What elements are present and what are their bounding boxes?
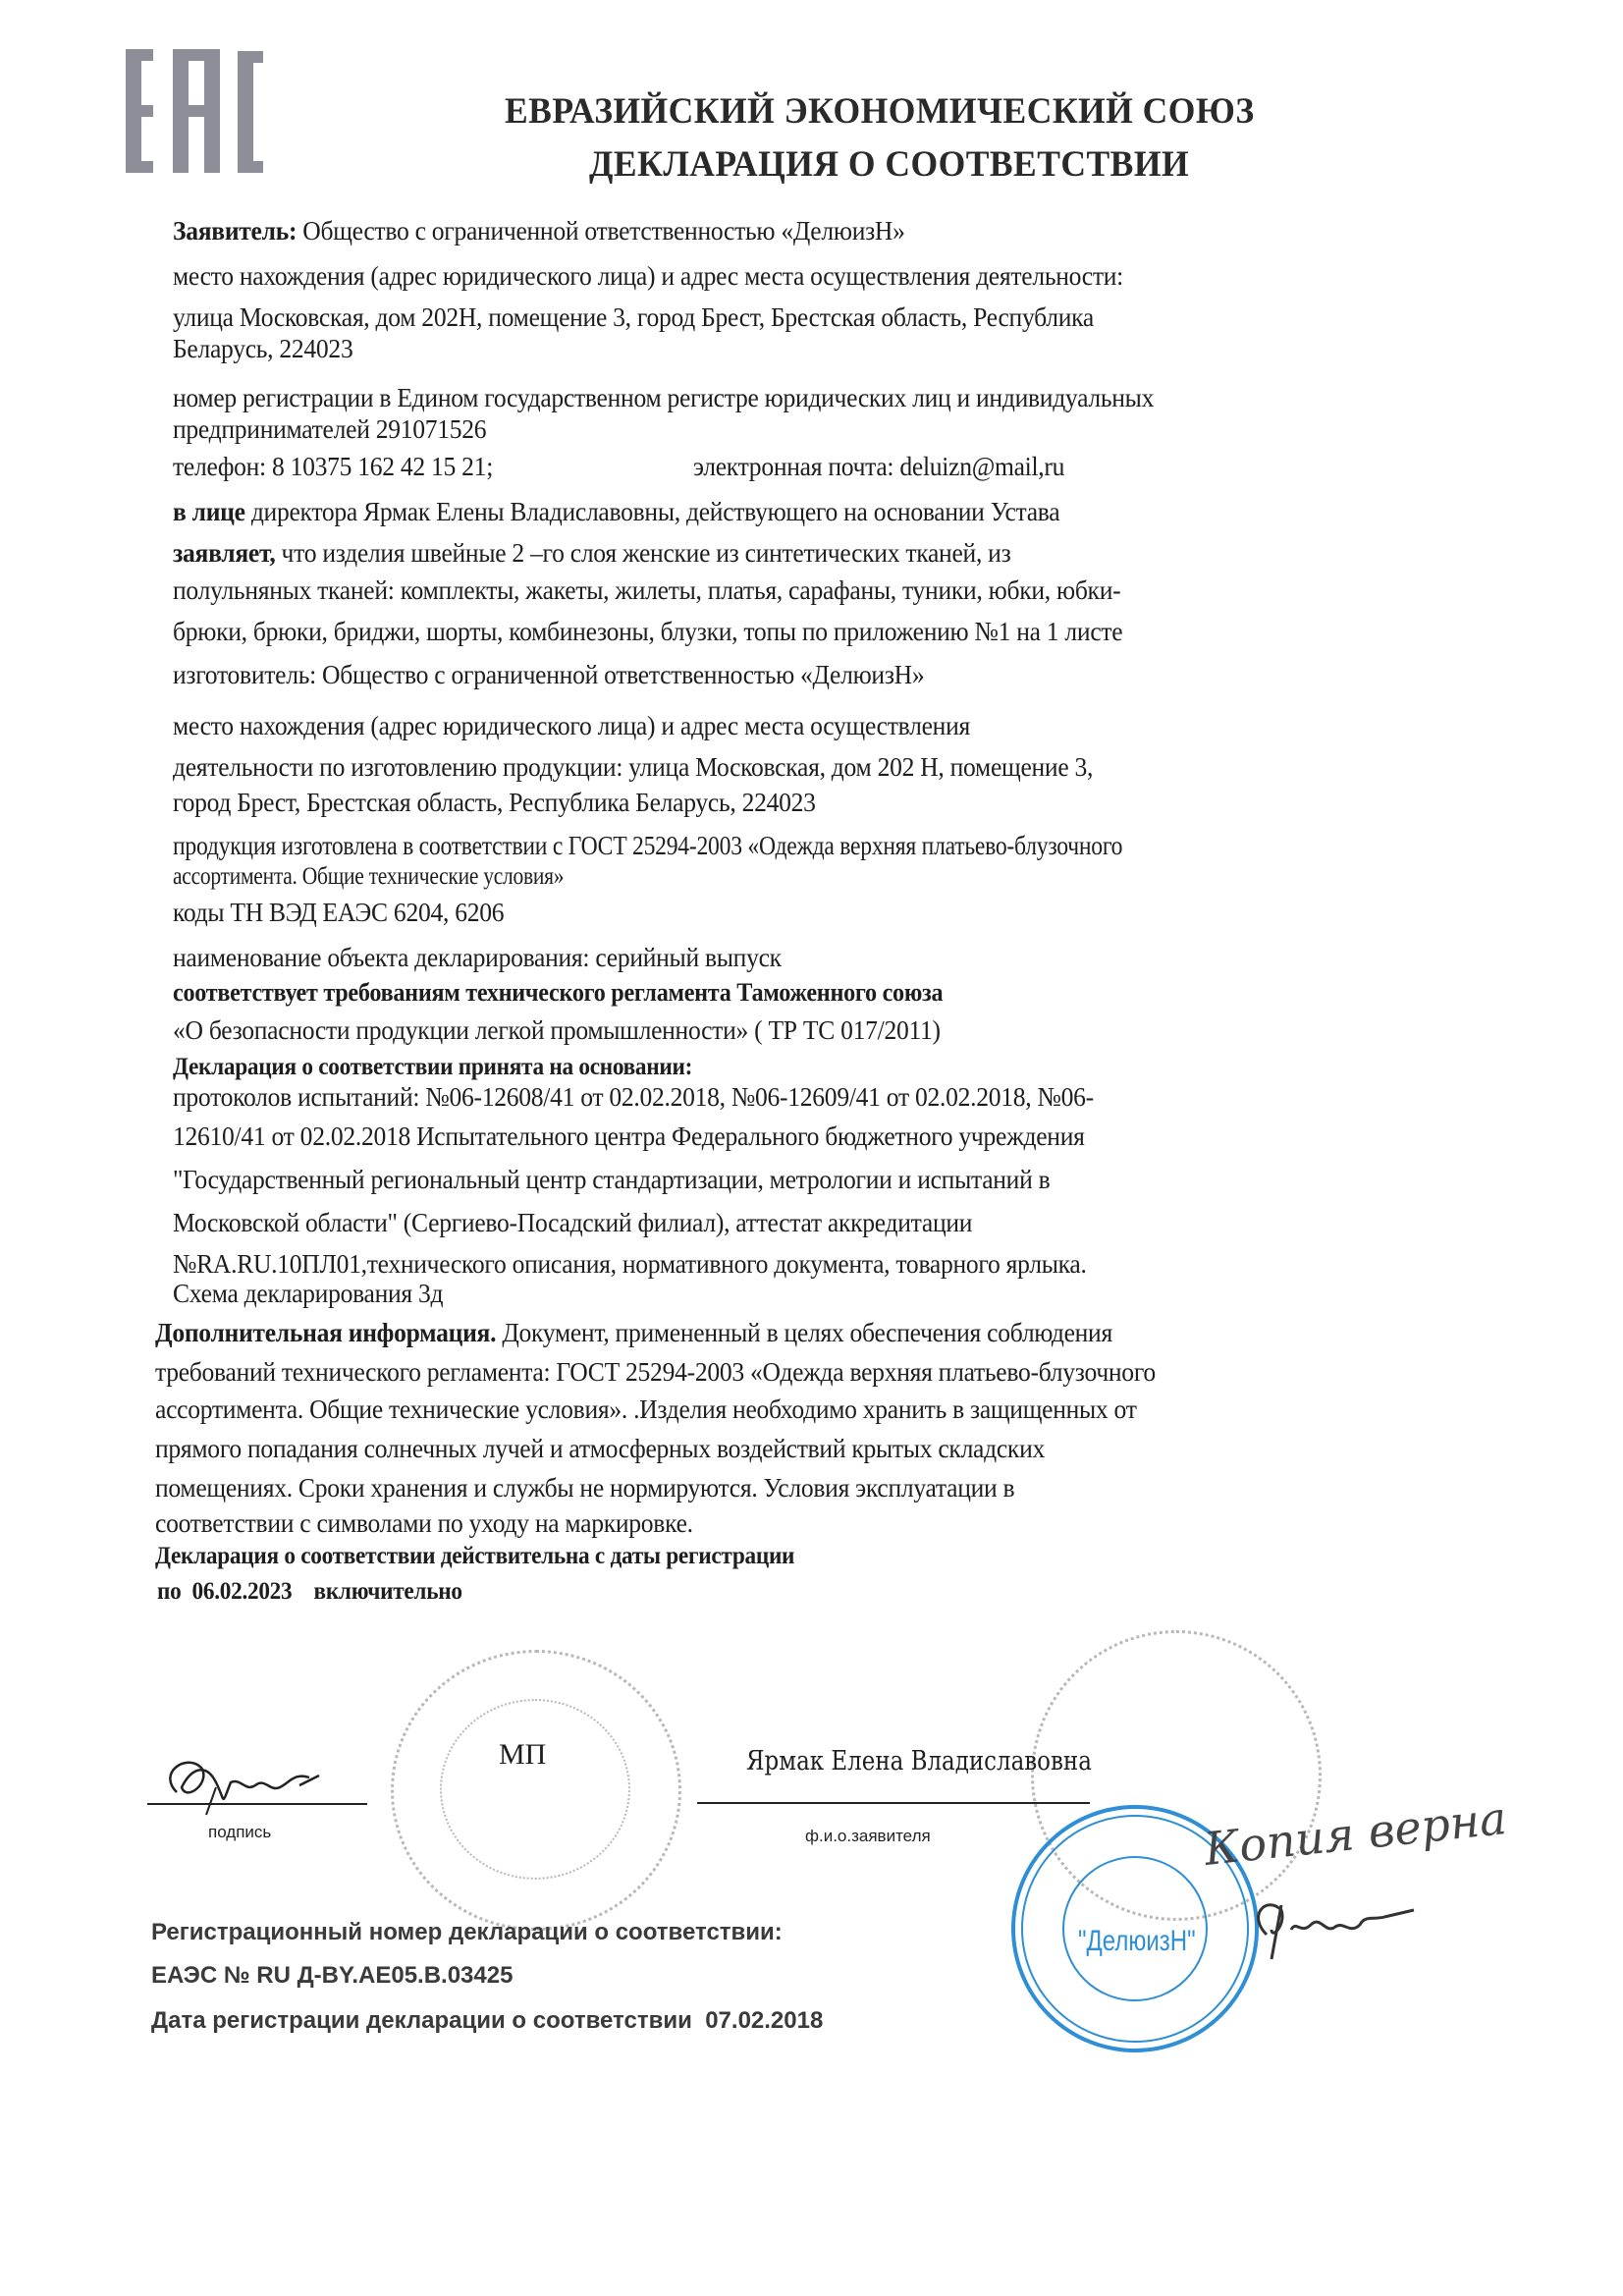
standard-line1: продукция изготовлена в соответствии с Г…: [173, 829, 1122, 862]
additional-label: Дополнительная информация.: [155, 1317, 496, 1347]
validity-line2: по 06.02.2023 включительно: [157, 1575, 462, 1609]
registration-date-label: Дата регистрации декларации о соответств…: [151, 2007, 692, 2034]
applicant-address-line2: Беларусь, 224023: [173, 332, 352, 365]
statement-line3: брюки, брюки, бриджи, шорты, комбинезоны…: [173, 615, 1122, 648]
manufacturer-line2: место нахождения (адрес юридического лиц…: [173, 709, 970, 742]
basis-line5: №RA.RU.10ПЛ01,технического описания, нор…: [173, 1247, 1087, 1281]
standard-line2: ассортимента. Общие технические условия»: [173, 860, 564, 894]
stamp-center-text: "ДелюизН": [1078, 1925, 1196, 1958]
additional-line5: помещениях. Сроки хранения и службы не н…: [155, 1471, 1014, 1504]
eac-logo-icon: [122, 49, 259, 173]
handwritten-signature-icon: [1227, 1886, 1424, 1964]
email: электронная почта: deluizn@mail,ru: [693, 450, 1064, 483]
registration-number: ЕАЭС № RU Д-BY.AE05.B.03425: [151, 1962, 513, 1990]
validity-prefix: по: [157, 1578, 181, 1605]
applicant-name: Общество с ограниченной ответственностью…: [302, 215, 904, 246]
validity-date: 06.02.2023: [192, 1578, 293, 1605]
signature-label: подпись: [208, 1823, 271, 1842]
basis-heading: Декларация о соответствии принята на осн…: [173, 1051, 692, 1084]
applicant-address-line1: улица Московская, дом 202Н, помещение 3,…: [173, 301, 1094, 334]
manufacturer-line4: город Брест, Брестская область, Республи…: [173, 786, 816, 819]
document-title: ДЕКЛАРАЦИЯ О СООТВЕТСТВИИ: [589, 143, 1189, 186]
additional-line4: прямого попадания солнечных лучей и атмо…: [155, 1432, 1045, 1465]
basis-line6: Схема декларирования 3д: [173, 1277, 443, 1310]
compliance-line2: «О безопасности продукции легкой промышл…: [173, 1013, 941, 1047]
signature-icon: [147, 1748, 393, 1817]
registry-line2: предпринимателей 291071526: [173, 412, 486, 446]
registration-date: 07.02.2018: [705, 2007, 823, 2034]
basis-line3: "Государственный региональный центр стан…: [173, 1163, 1050, 1196]
statement-line1: заявляет, что изделия швейные 2 –го слоя…: [173, 536, 1010, 570]
statement-line2: полульняных тканей: комплекты, жакеты, ж…: [173, 574, 1120, 607]
statement-label: заявляет,: [173, 537, 275, 568]
signature-line: [147, 1803, 367, 1805]
additional-line6: соответствии с символами по уходу на мар…: [155, 1506, 693, 1540]
representative-label: в лице: [173, 496, 245, 526]
additional-line2: требований технического регламента: ГОСТ…: [155, 1355, 1156, 1389]
customs-codes: коды ТН ВЭД ЕАЭС 6204, 6206: [173, 896, 504, 929]
registry-line1: номер регистрации в Едином государственн…: [173, 381, 1154, 414]
representative-text: директора Ярмак Елены Владиславовны, дей…: [245, 496, 1060, 526]
name-label: ф.и.о.заявителя: [805, 1827, 931, 1846]
validity-line1: Декларация о соответствии действительна …: [155, 1540, 794, 1573]
applicant-full-name: Ярмак Елена Владиславовна: [746, 1746, 1092, 1777]
applicant-address-label: место нахождения (адрес юридического лиц…: [173, 259, 1123, 293]
seal-place-label: МП: [499, 1738, 546, 1772]
union-title: ЕВРАЗИЙСКИЙ ЭКОНОМИЧЕСКИЙ СОЮЗ: [505, 90, 1255, 133]
declaration-object: наименование объекта декларирования: сер…: [173, 941, 782, 974]
name-line: [697, 1802, 1090, 1804]
additional-line3: ассортимента. Общие технические условия»…: [155, 1393, 1137, 1426]
validity-suffix: включительно: [314, 1578, 462, 1605]
basis-line2: 12610/41 от 02.02.2018 Испытательного це…: [173, 1120, 1085, 1153]
manufacturer-line3: деятельности по изготовлению продукции: …: [173, 750, 1093, 784]
representative-line: в лице директора Ярмак Елены Владиславов…: [173, 495, 1059, 528]
registration-date-line: Дата регистрации декларации о соответств…: [151, 2007, 823, 2035]
applicant-line: Заявитель: Общество с ограниченной ответ…: [173, 214, 905, 247]
phone: телефон: 8 10375 162 42 15 21;: [173, 450, 493, 483]
seal-grey-left-inner: [440, 1699, 630, 1880]
manufacturer-line1: изготовитель: Общество с ограниченной от…: [173, 658, 924, 691]
additional-line1: Дополнительная информация. Документ, при…: [155, 1316, 1112, 1349]
registration-number-label: Регистрационный номер декларации о соотв…: [151, 1919, 783, 1946]
basis-line4: Московской области" (Сергиево-Посадский …: [173, 1206, 972, 1239]
basis-line1: протоколов испытаний: №06-12608/41 от 02…: [173, 1080, 1094, 1114]
compliance-line1: соответствует требованиям технического р…: [173, 976, 943, 1010]
applicant-label: Заявитель:: [173, 215, 297, 246]
